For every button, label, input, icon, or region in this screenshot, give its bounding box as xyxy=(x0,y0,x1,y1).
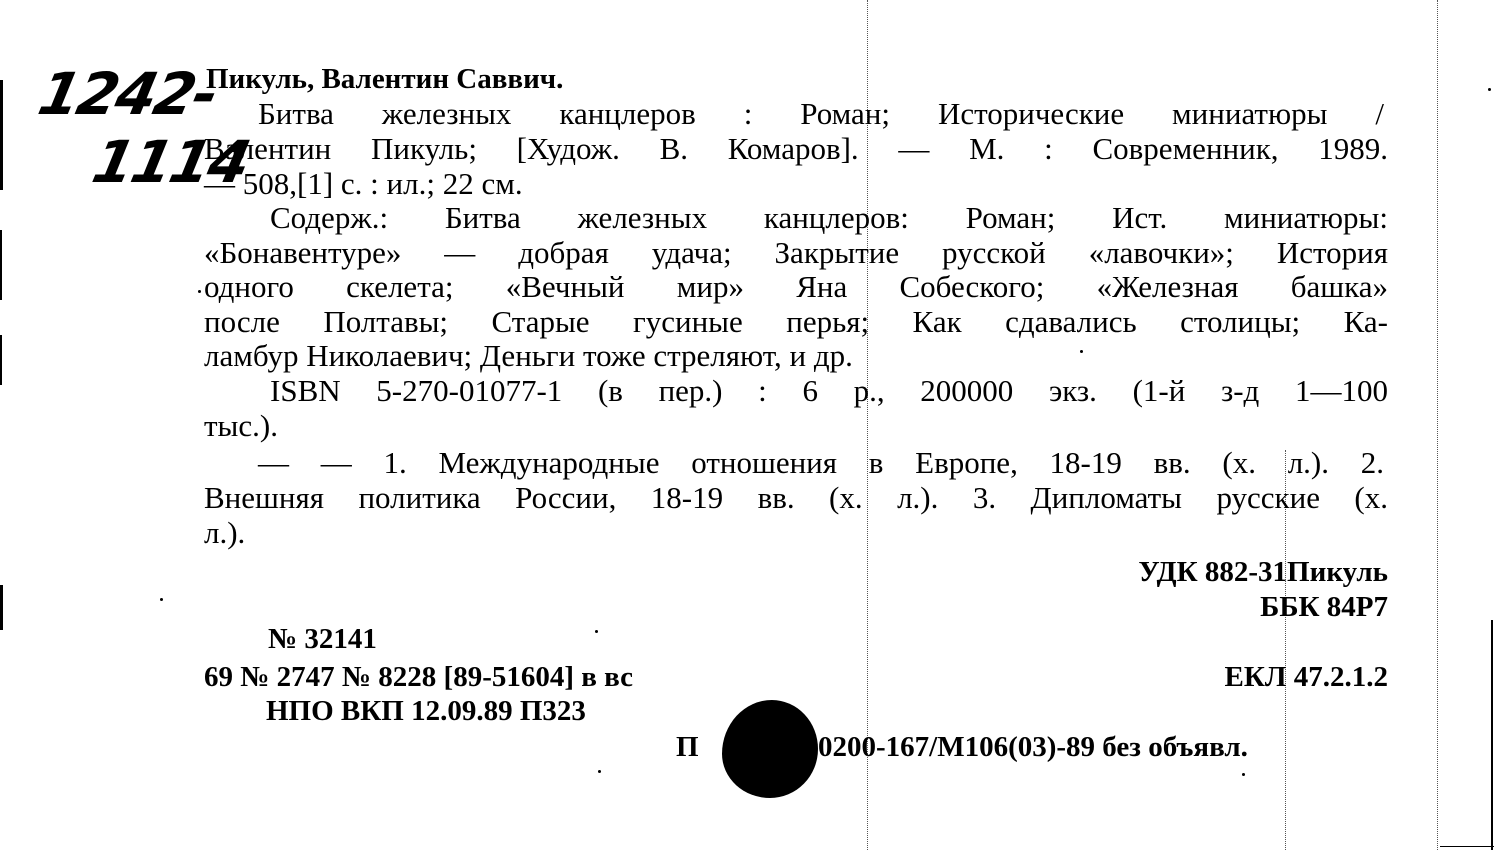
bbk-code: ББК 84Р7 xyxy=(1260,590,1388,624)
card-edge-mark xyxy=(0,335,2,385)
ink-blot xyxy=(722,700,818,798)
catalog-card: 1242- 1114 Пикуль, Валентин Саввич. Битв… xyxy=(0,0,1494,850)
contents-line: Содерж.: Битва железных канцлеров: Роман… xyxy=(270,201,1388,235)
title-line: Валентин Пикуль; [Худож. В. Комаров]. — … xyxy=(204,132,1388,166)
udk-code: УДК 882-31Пикуль xyxy=(1138,555,1388,589)
author-heading: Пикуль, Валентин Саввич. xyxy=(206,62,563,96)
card-number: № 32141 xyxy=(268,622,377,656)
contents-line: после Полтавы; Старые гусиные перья; Как… xyxy=(204,305,1388,339)
print-line: 69 № 2747 № 8228 [89-51604] в вс xyxy=(204,660,633,694)
contents-line: «Бонавентуре» — добрая удача; Закрытие р… xyxy=(204,236,1388,270)
handwritten-shelf-mark-top: 1242- xyxy=(33,60,223,128)
scan-artifact-line xyxy=(1437,0,1439,850)
isbn-line: тыс.). xyxy=(204,409,278,443)
speck xyxy=(1242,773,1245,776)
speck xyxy=(1080,350,1083,353)
npo-line: НПО ВКП 12.09.89 П323 xyxy=(266,694,586,728)
title-line: — 508,[1] с. : ил.; 22 см. xyxy=(204,167,523,201)
subject-line: л.). xyxy=(204,516,245,550)
code-prefix: П xyxy=(676,730,699,764)
speck xyxy=(595,630,598,633)
ekl-code: ЕКЛ 47.2.1.2 xyxy=(1225,660,1388,694)
code-line: 0200-167/М106(03)-89 без объявл. xyxy=(818,730,1248,764)
title-line: Битва железных канцлеров : Роман; Истори… xyxy=(258,97,1384,131)
contents-line: ламбур Николаевич; Деньги тоже стреляют,… xyxy=(204,339,853,373)
subject-line: — — 1. Международные отношения в Европе,… xyxy=(258,446,1384,480)
speck xyxy=(598,770,601,773)
speck xyxy=(160,598,163,601)
speck xyxy=(198,290,201,293)
card-edge-mark xyxy=(0,80,3,190)
speck xyxy=(1488,88,1491,91)
card-bottom-edge xyxy=(1440,846,1494,847)
card-edge-mark xyxy=(0,585,3,630)
subject-line: Внешняя политика России, 18-19 вв. (х. л… xyxy=(204,481,1388,515)
contents-line: одного скелета; «Вечный мир» Яна Собеско… xyxy=(204,270,1388,304)
isbn-line: ISBN 5-270-01077-1 (в пер.) : 6 р., 2000… xyxy=(270,374,1388,408)
card-edge-mark xyxy=(1491,620,1493,850)
card-edge-mark xyxy=(0,230,2,300)
